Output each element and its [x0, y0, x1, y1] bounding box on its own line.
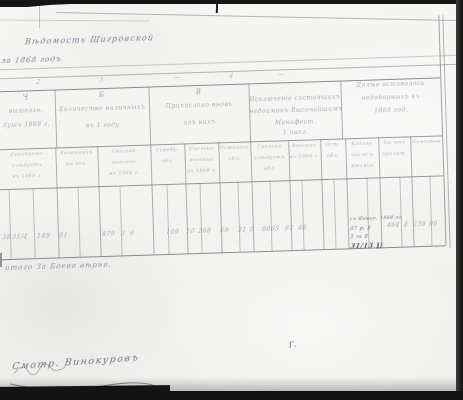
fine-column-rule — [301, 180, 304, 250]
group-header-line: Причислено вновь — [149, 100, 249, 110]
fine-column-rule — [199, 183, 202, 253]
subheader-line: Внесено — [288, 143, 320, 149]
page-heading-line1: Вѣдомость Щигровской — [24, 33, 155, 46]
row-value: 268 — [197, 228, 211, 235]
paper-sheet: Вѣдомость Щигровской за 1868 годъ итого … — [0, 0, 463, 400]
subheader-line: Помѣтки — [410, 139, 442, 145]
row-value: 48 — [297, 225, 307, 232]
subheader-line: на зол. — [56, 161, 98, 167]
subheader-line: Осталось — [218, 145, 250, 151]
subheader-line: причит. — [379, 151, 411, 157]
column-number: 4 — [229, 72, 235, 80]
fine-column-rule — [399, 177, 402, 247]
subheader-line: Сколько — [250, 144, 288, 150]
group-header-line: Исключеніе состоящихъ — [249, 94, 341, 104]
subheader-line: обл. — [251, 166, 289, 172]
group-header-line: въ 1 году — [56, 121, 150, 131]
subheader-line: слѣдуетъ — [251, 155, 289, 161]
group-header-line: вышеозн. — [0, 106, 55, 115]
subheader-line: обл. — [321, 153, 346, 159]
group-header-line: недоборныхъ къ — [341, 92, 441, 102]
row-value: 3 — [121, 230, 126, 237]
dense-cell-line: 31/13 ‖| — [350, 241, 383, 250]
fine-column-rule — [237, 182, 240, 252]
subheader-line: Сколько — [97, 149, 150, 156]
subheader-line: мѣсяца — [346, 163, 379, 169]
group-header-line: 1 числ. — [250, 128, 342, 138]
subheader-line: слѣдуетъ — [0, 163, 56, 170]
group-letter: В — [148, 86, 248, 97]
subheader-bottom-rule — [0, 175, 443, 190]
subheader-line: внесено — [98, 160, 151, 167]
group-header-line: недоимокъ Высочайшимъ — [249, 106, 341, 116]
group-letter: Б — [55, 90, 149, 101]
subheader-line: въ 1868 г. — [98, 171, 151, 178]
scan-right-edge — [456, 0, 463, 400]
left-edge-mark — [0, 253, 2, 267]
row-value: 149 — [37, 233, 51, 240]
scanned-ledger-page: Вѣдомость Щигровской за 1868 годъ итого … — [0, 0, 463, 400]
row-value: 0865 — [261, 225, 279, 233]
subheader-line: въ 1868 г. — [185, 168, 219, 174]
subheader-line: числа и — [346, 152, 379, 158]
fine-column-rule — [119, 185, 122, 255]
row-value: 96 — [428, 221, 438, 228]
center-ink-mark: Г. — [288, 340, 297, 349]
column-number: — — [174, 74, 182, 82]
subheader-line: въ 1868 г. — [289, 154, 321, 160]
dense-cell-line: 67 р. 8 — [350, 226, 372, 233]
subheader-line: внесено — [185, 157, 219, 163]
row-value: 69 — [219, 227, 229, 234]
page-heading-line2: за 1868 годъ — [1, 54, 62, 65]
group-header-line: душъ 1868 г. — [0, 120, 56, 129]
subheader-line: въ 1868 г. — [0, 173, 56, 180]
fine-column-rule — [166, 184, 169, 254]
row-value: 10 — [185, 228, 195, 235]
column-rule — [410, 136, 414, 246]
row-value: 4 — [403, 221, 408, 228]
column-number: 3 — [99, 76, 105, 84]
fine-column-rule — [333, 179, 336, 249]
column-number: — — [278, 70, 286, 78]
group-header-line: изъ нихъ — [149, 117, 249, 127]
row-value: 464 — [386, 222, 400, 229]
row-value: 31/4 — [12, 233, 28, 241]
footnote-handwriting: итого За Боево вѣрно. — [4, 261, 112, 272]
row-value: 81 — [59, 232, 69, 239]
row-value: 61 — [284, 225, 294, 232]
group-header-line: Манифест. — [250, 118, 342, 128]
subheader-line: Серебр. — [150, 147, 184, 153]
group-header-line: 1868 год. — [341, 105, 441, 115]
row-value: 169 — [165, 229, 179, 236]
fine-column-rule — [429, 176, 432, 246]
group-letter: Ч — [0, 93, 55, 103]
fine-column-rule — [33, 188, 36, 258]
subheader-line: обл. — [219, 156, 251, 162]
row-value: 31 — [237, 227, 247, 234]
dense-cell-line: 5 гь 8 — [350, 234, 369, 241]
row-value: 38 — [2, 234, 12, 241]
subheader-line: Какого — [345, 141, 378, 147]
fine-column-rule — [78, 187, 81, 257]
page-rule-upper — [0, 55, 459, 71]
subheader-line: На что — [378, 140, 410, 146]
subheader-line: Ост. — [320, 142, 345, 148]
fine-column-rule — [9, 189, 12, 259]
group-header-line: Количество наличныхъ — [55, 104, 149, 114]
column-number: 2 — [36, 78, 42, 86]
row-value: 879 — [102, 231, 116, 238]
row-value: 6 — [130, 230, 135, 237]
subheader-line: Казенныхъ — [55, 150, 97, 156]
row-value: 230 — [412, 221, 426, 228]
subheader-line: Сколько — [184, 146, 218, 152]
subheader-line: обл. — [151, 158, 185, 164]
fine-column-rule — [269, 181, 272, 251]
subheader-line: Серебромъ — [0, 152, 56, 159]
